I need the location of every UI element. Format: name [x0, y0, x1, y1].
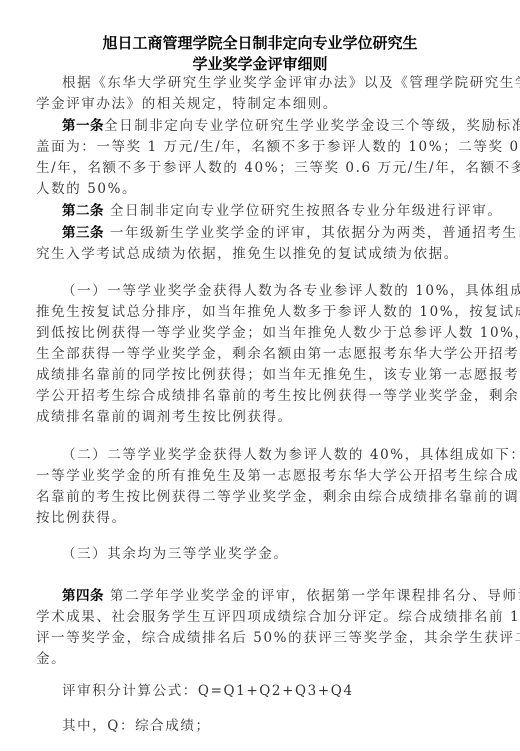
article1-line-3: 生/年，名额不多于参评人数的 40%；三等奖 0.6 万元/生/年，名额不多于参…: [36, 160, 520, 176]
article2-text: 全日制非定向专业学位研究生按照各专业分年级进行评审。: [110, 203, 503, 219]
article1-line-1: 第一条全日制非定向专业学位研究生学业奖学金设三个等级，奖励标准和覆: [62, 118, 520, 134]
article1-label: 第一条: [62, 118, 104, 134]
article3-line-2: 究生入学考试总成绩为依据，推免生以推免的复试成绩为依据。: [36, 246, 459, 262]
article4-line-1: 第四条 第二学年学业奖学金的评审，依据第一学年课程排名分、导师评价、: [62, 588, 520, 604]
intro-line-2: 学金评审办法》的相关规定，特制定本细则。: [36, 96, 338, 112]
clause2-line-3: 名靠前的考生按比例获得二等学业奖学金，剩余由综合成绩排名靠前的调剂考生: [36, 489, 520, 505]
article1-text: 全日制非定向专业学位研究生学业奖学金设三个等级，奖励标准和覆: [104, 118, 520, 134]
article4-line-3: 评一等奖学金，综合成绩排名后 50%的获评三等奖学金，其余学生获评二等奖学: [36, 630, 520, 646]
article3-label: 第三条: [62, 225, 104, 241]
clause1-line-5: 成绩排名靠前的同学按比例获得；如当年无推免生，该专业第一志愿报考东华大: [36, 367, 520, 383]
clause1-line-1: （一）一等学业奖学金获得人数为各专业参评人数的 10%，具体组成如下：: [62, 283, 520, 299]
article1-line-4: 人数的 50%。: [36, 181, 137, 197]
article3-line-1: 第三条 一年级新生学业奖学金的评审，其依据分为两类，普通招考生以研: [62, 225, 520, 241]
clause2-line-1: （二）二等学业奖学金获得人数为参评人数的 40%，具体组成如下：除获得: [62, 447, 520, 463]
article1-line-2: 盖面为：一等奖 1 万元/生/年，名额不多于参评人数的 10%；二等奖 0.8 …: [36, 139, 520, 155]
clause1-line-3: 到低按比例获得一等学业奖学金；如当年推免人数少于总参评人数 10%，则推免: [36, 325, 520, 341]
note-line: 其中，Q：综合成绩；: [62, 718, 211, 734]
clause2-line-2: 一等学业奖学金的所有推免生及第一志愿报考东华大学公开招考生综合成绩排: [36, 468, 520, 484]
article3-text: 一年级新生学业奖学金的评审，其依据分为两类，普通招考生以研: [110, 225, 520, 241]
clause2-line-4: 按比例获得。: [36, 510, 127, 526]
formula-line: 评审积分计算公式：Q=Q1+Q2+Q3+Q4: [62, 683, 354, 699]
document-title-line1: 旭日工商管理学院全日制非定向专业学位研究生: [0, 34, 520, 52]
clause1-line-4: 生全部获得一等学业奖学金，剩余名额由第一志愿报考东华大学公开招考生综合: [36, 346, 520, 362]
clause1-line-6: 学公开招考生综合成绩排名靠前的考生按比例获得一等学业奖学金，剩余由综合: [36, 388, 520, 404]
article4-text: 第二学年学业奖学金的评审，依据第一学年课程排名分、导师评价、: [110, 588, 520, 604]
article4-label: 第四条: [62, 588, 104, 604]
article2-line-1: 第二条 全日制非定向专业学位研究生按照各专业分年级进行评审。: [62, 203, 503, 219]
intro-line-1: 根据《东华大学研究生学业奖学金评审办法》以及《管理学院研究生学业奖: [62, 75, 520, 91]
article2-label: 第二条: [62, 203, 104, 219]
clause1-line-2: 推免生按复试总分排序，如当年推免人数多于参评人数的 10%，按复试成绩由高: [36, 304, 520, 320]
article4-line-4: 金。: [36, 651, 66, 667]
clause3-line-1: （三）其余均为三等学业奖学金。: [62, 546, 289, 562]
clause1-line-7: 成绩排名靠前的调剂考生按比例获得。: [36, 409, 293, 425]
document-title-line2: 学业奖学金评审细则: [0, 55, 520, 73]
article4-line-2: 学术成果、社会服务学生互评四项成绩综合加分评定。综合成绩排名前 10%的获: [36, 609, 520, 625]
